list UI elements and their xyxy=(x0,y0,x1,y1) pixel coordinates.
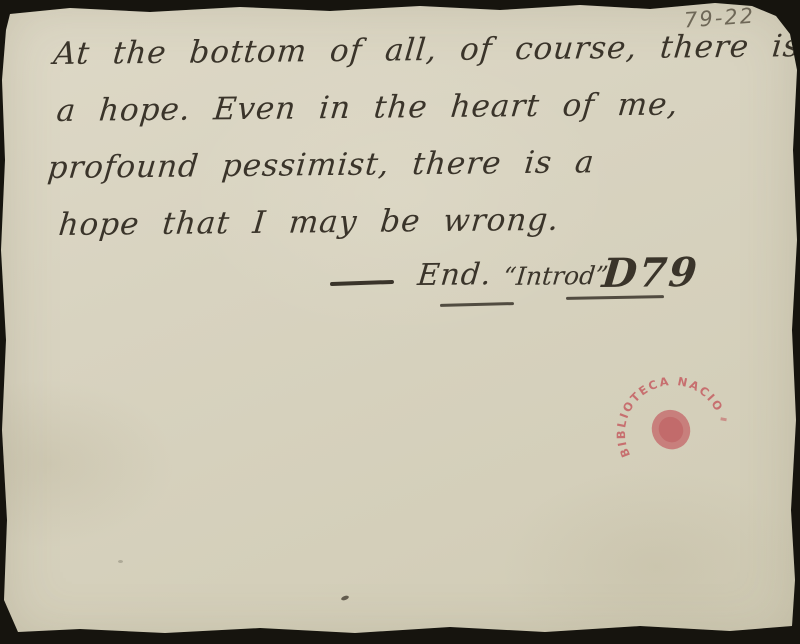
handwritten-line-3: profound pessimist, there is a xyxy=(46,144,596,186)
signature-initials: D79 xyxy=(600,249,701,297)
photo-background: 79-22 At the bottom of all, of course, t… xyxy=(0,0,800,644)
signature-underline-1 xyxy=(440,302,514,307)
svg-text:BIBLIOTECA NACIONAL: BIBLIOTECA NACIONAL xyxy=(566,318,726,475)
handwritten-line-2: a hope. Even in the heart of me, xyxy=(55,86,680,129)
library-stamp: BIBLIOTECA NACIONAL xyxy=(566,318,757,509)
stamp-text: BIBLIOTECA NACIONAL xyxy=(566,318,726,475)
library-stamp-graphic: BIBLIOTECA NACIONAL xyxy=(566,318,757,509)
handwritten-line-4: hope that I may be wrong. xyxy=(57,202,561,243)
stamp-ink-mark xyxy=(720,417,726,421)
signature-source-label: “Introd” xyxy=(502,261,609,291)
manuscript-paper: 79-22 At the bottom of all, of course, t… xyxy=(0,0,800,644)
handwritten-line-1: At the bottom of all, of course, there i… xyxy=(52,28,800,72)
signature-end-label: End. xyxy=(416,257,493,293)
paper-speck xyxy=(341,595,350,601)
signature-underline-2 xyxy=(566,295,664,300)
paper-speck xyxy=(118,560,123,563)
signature-dash: — xyxy=(330,280,394,286)
